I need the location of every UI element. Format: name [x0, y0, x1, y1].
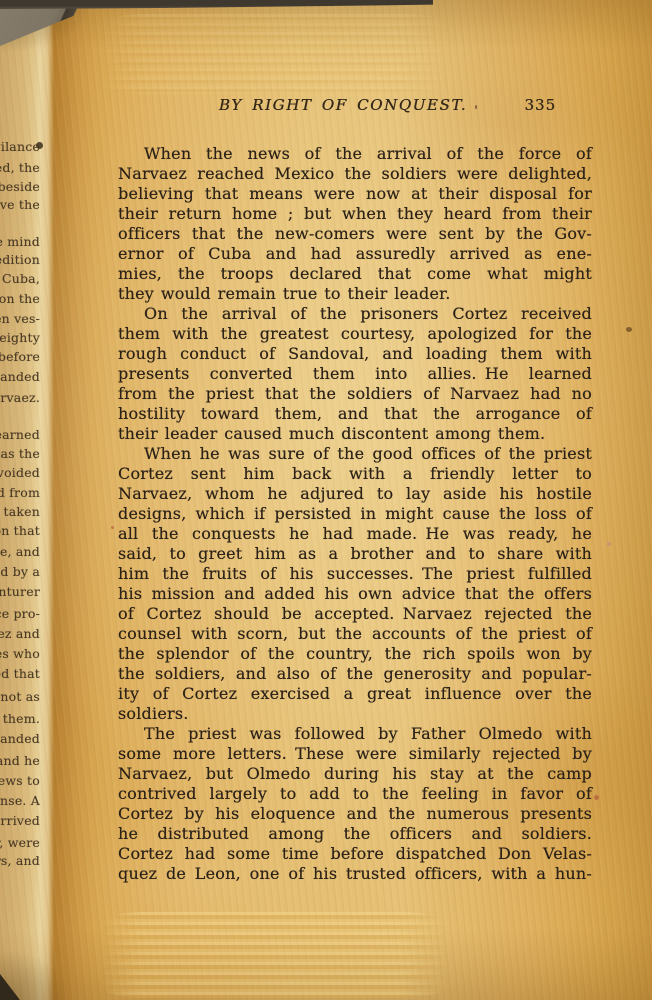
text-line: his mission and added his own advice tha… [118, 584, 592, 604]
ink-speck [36, 142, 43, 149]
ink-speck [607, 542, 611, 546]
spine-text-fragment: Narvaez. [0, 391, 40, 405]
text-line: contrived largely to add to the feeling … [118, 784, 592, 804]
text-line: Narvaez, whom he adjured to lay aside hi… [118, 484, 592, 504]
page-text-block: BY RIGHT OF CONQUEST. 335 When the news … [118, 94, 592, 884]
text-line: some more letters. These were similarly … [118, 744, 592, 764]
spine-text-fragment: ed on the [0, 292, 40, 306]
ink-speck [626, 327, 632, 332]
text-line: designs, which if persisted in might cau… [118, 504, 592, 524]
spine-text-fragment: ounted, the [0, 161, 40, 175]
text-line: rough conduct of Sandoval, and loading t… [118, 344, 592, 364]
spine-text-fragment: ortez and [0, 627, 40, 641]
cover-edge-shadow [0, 0, 433, 9]
spine-text-fragment: leave the [0, 198, 40, 212]
text-line: of Cortez should be accepted. Narvaez re… [118, 604, 592, 624]
spine-text-fragment: ded that [0, 667, 40, 681]
running-title: BY RIGHT OF CONQUEST. [106, 94, 580, 116]
text-line: ity of Cortez exercised a great influenc… [118, 684, 592, 704]
text-line: When he was sure of the good offices of … [118, 444, 592, 464]
spine-text-fragment: r, were [0, 836, 40, 850]
spine-text-fragment: nse. A [0, 794, 40, 808]
spine-text-fragment: ed them. [0, 712, 40, 726]
spine-text-fragment: news to [0, 774, 40, 788]
text-line: their return home ; but when they heard … [118, 204, 592, 224]
paragraph: When he was sure of the good offices of … [118, 444, 592, 724]
spine-text-fragment: om eighty [0, 331, 40, 345]
spine-text-fragment: d learned [0, 428, 40, 442]
scanned-book-page: t vigilanceounted, therms besideleave th… [0, 0, 652, 1000]
text-line: presents converted them into allies. He … [118, 364, 592, 384]
spine-text-fragment: a, and he [0, 754, 40, 768]
ink-speck [594, 795, 599, 800]
text-line: The priest was followed by Father Olmedo… [118, 724, 592, 744]
scan-blur-band-top [100, 14, 448, 94]
text-line: Cortez had some time before dispatched D… [118, 844, 592, 864]
spine-text-fragment: aped by a [0, 565, 40, 579]
spine-text-fragment: expedition [0, 253, 40, 267]
spine-text-fragment: arrived [0, 814, 40, 828]
spine-text-fragment: dventurer [0, 585, 40, 599]
text-line: all the conquests he had made. He was re… [118, 524, 592, 544]
text-line: believing that means were now at their d… [118, 184, 592, 204]
spine-text-fragment: ation that [0, 524, 40, 538]
spine-text-fragment: rs, and [0, 854, 40, 868]
text-line: from the priest that the soldiers of Nar… [118, 384, 592, 404]
spine-text-fragment: d avoided [0, 466, 40, 480]
text-line: When the news of the arrival of the forc… [118, 144, 592, 164]
spine-text-fragment: ghteen ves- [0, 312, 40, 326]
ink-speck [475, 105, 477, 109]
page-header: BY RIGHT OF CONQUEST. 335 [118, 94, 592, 116]
text-line: their leader caused much discontent amon… [118, 424, 592, 444]
text-line: the splendor of the country, the rich sp… [118, 644, 592, 664]
text-line: quez de Leon, one of his trusted officer… [118, 864, 592, 884]
page-text: When the news of the arrival of the forc… [118, 144, 592, 884]
text-line: the soldiers, and also of the generosity… [118, 664, 592, 684]
opposite-page-edge: t vigilanceounted, therms besideleave th… [0, 0, 44, 1000]
text-line: them with the greatest courtesy, apologi… [118, 324, 592, 344]
spine-text-fragment: had taken [0, 505, 40, 519]
paragraph: When the news of the arrival of the forc… [118, 144, 592, 304]
ink-speck [111, 526, 114, 529]
text-line: officers that the new-comers were sent b… [118, 224, 592, 244]
text-line: Narvaez, but Olmedo during his stay at t… [118, 764, 592, 784]
spine-text-fragment: d not as [0, 690, 40, 704]
text-line: mies, the troops declared that come what… [118, 264, 592, 284]
text-line: On the arrival of the prisoners Cortez r… [118, 304, 592, 324]
spine-text-fragment: ico, as the [0, 447, 40, 461]
paragraph: On the arrival of the prisoners Cortez r… [118, 304, 592, 444]
spine-text-fragment: tives who [0, 647, 40, 661]
text-line: Narvaez reached Mexico the soldiers were… [118, 164, 592, 184]
spine-text-fragment: rned from [0, 486, 40, 500]
spine-text-fragment: mmanded [0, 732, 40, 746]
spine-text-fragment: rms beside [0, 180, 40, 194]
text-line: Cortez by his eloquence and the numerous… [118, 804, 592, 824]
spine-text-fragment: once pro- [0, 607, 40, 621]
spine-text-fragment: d the mind [0, 235, 40, 249]
scan-blur-band-bottom [100, 912, 448, 998]
text-line: counsel with scorn, but the accounts of … [118, 624, 592, 644]
spine-text-fragment: mpire, and [0, 545, 40, 559]
text-line: ernor of Cuba and had assuredly arrived … [118, 244, 592, 264]
text-line: Cortez sent him back with a friendly let… [118, 464, 592, 484]
text-line: said, to greet him as a brother and to s… [118, 544, 592, 564]
spine-text-fragment: ommanded [0, 370, 40, 384]
spine-text-fragment: ver before [0, 350, 40, 364]
paragraph: The priest was followed by Father Olmedo… [118, 724, 592, 884]
text-line: hostility toward them, and that the arro… [118, 404, 592, 424]
page-number: 335 [524, 94, 556, 116]
text-line: he distributed among the officers and so… [118, 824, 592, 844]
spine-text-fragment: r of Cuba, [0, 272, 40, 286]
text-line: soldiers. [118, 704, 592, 724]
text-line: him the fruits of his successes. The pri… [118, 564, 592, 584]
spine-text-fragment: t vigilance [0, 140, 40, 154]
text-line: they would remain true to their leader. [118, 284, 592, 304]
